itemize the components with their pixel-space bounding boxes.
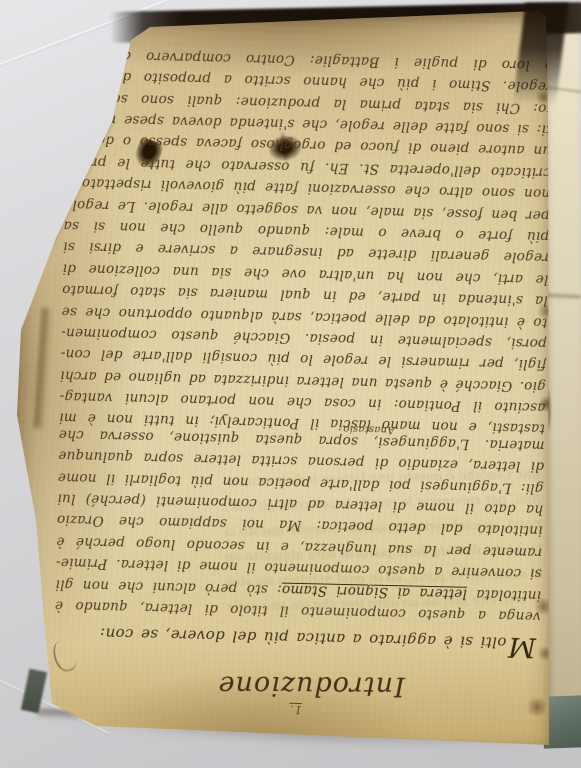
heading-introduzione: Introduzione <box>68 656 554 703</box>
handwritten-text-block: 1. Introduzione Molti si è aggirato a an… <box>52 33 553 722</box>
underlined-fragment: lettera ai Signori Stamo <box>282 581 467 601</box>
line-fragment: : stò però alcuni che non gli <box>55 576 282 597</box>
book-cover-corner-left <box>21 669 47 714</box>
line-fragment: intitolata <box>467 585 542 603</box>
opening-rest: olti si è aggirato a antica più del dove… <box>99 624 506 651</box>
manuscript-page: gio. Giacché è questa una lettera indiri… <box>14 8 550 748</box>
scan-background: gio. Giacché è questa una lettera indiri… <box>0 0 581 768</box>
